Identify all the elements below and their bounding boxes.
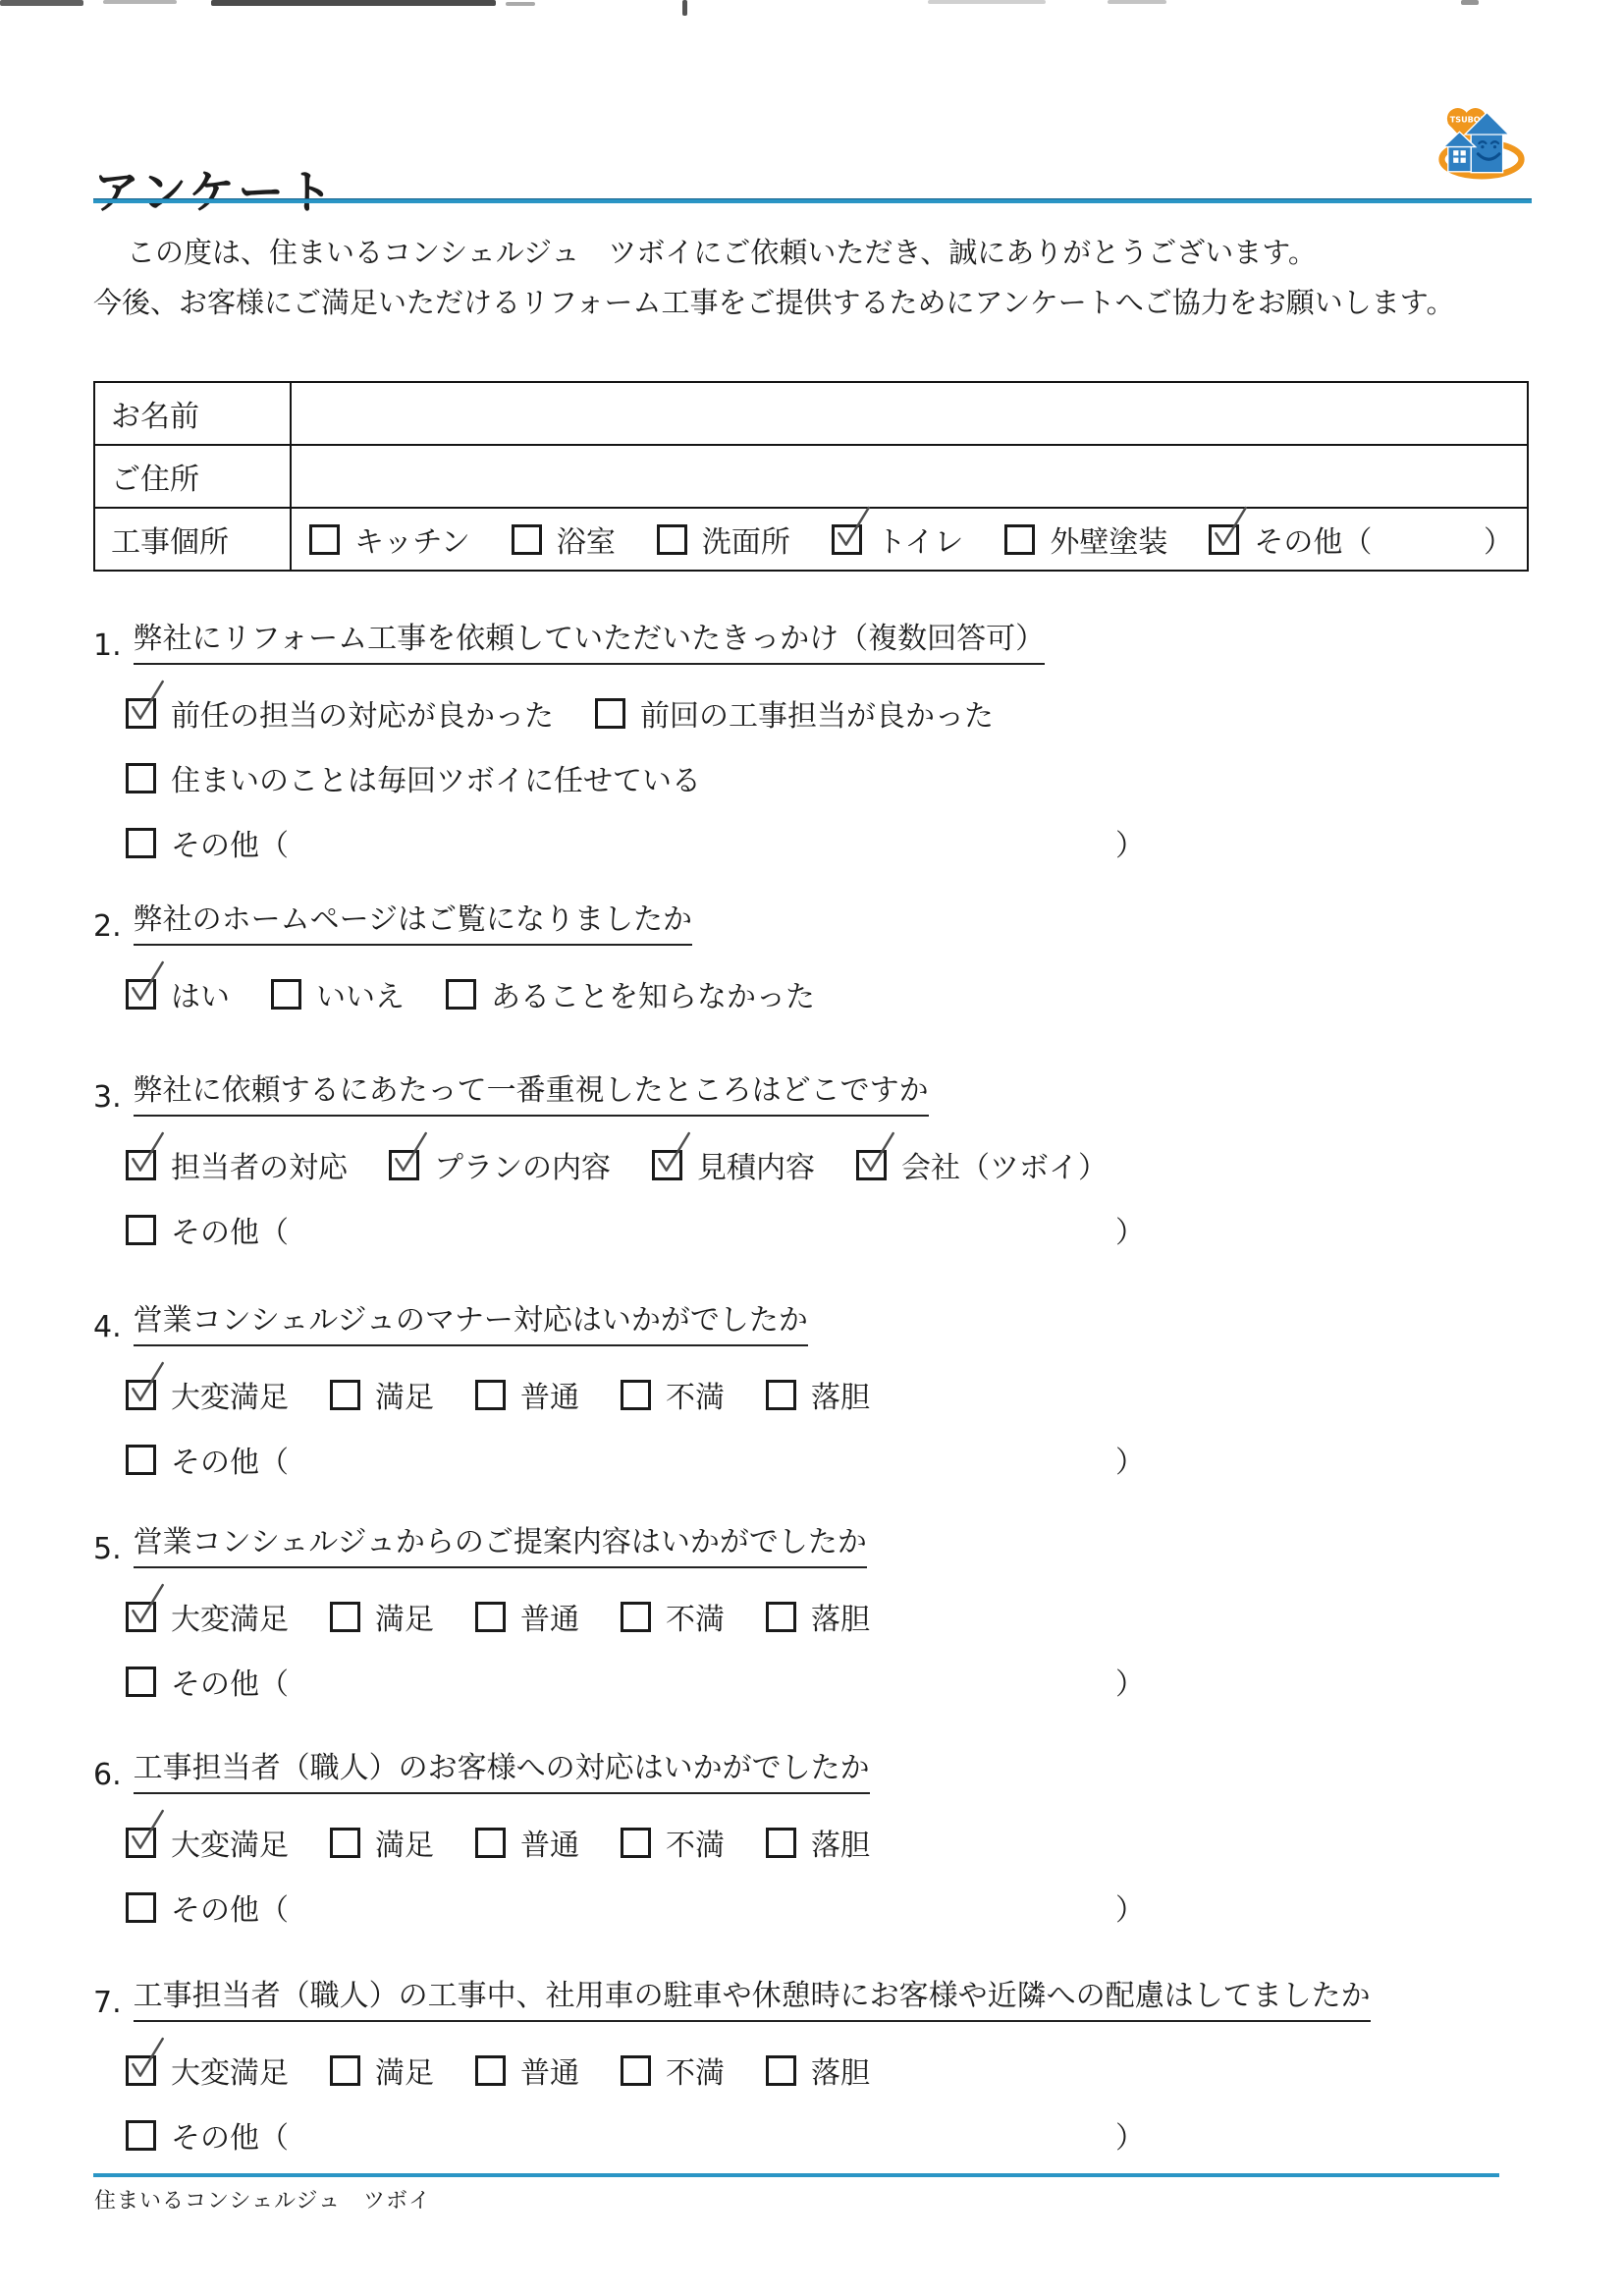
close-paren: ） [1115,1660,1145,1703]
option-label: 不満 [666,1595,725,1638]
option-row: その他（） [93,822,1537,863]
option: 洗面所 [657,518,790,561]
question-6: 6.工事担当者（職人）のお客様への対応はいかがでしたか大変満足満足普通不満落胆そ… [93,1750,1537,1928]
checkbox[interactable] [126,763,156,793]
option: 大変満足 [126,2049,289,2092]
close-paren: ） [1115,821,1145,864]
question-number: 6. [93,1757,122,1794]
option: 不満 [621,1821,725,1864]
checkbox-checked[interactable] [126,698,156,729]
option: 前任の担当の対応が良かった [126,691,554,735]
customer-info-table: お名前ご住所工事個所キッチン浴室洗面所トイレ外壁塗装その他（） [93,381,1529,572]
info-table-label: ご住所 [94,445,291,508]
option-label: 大変満足 [171,1595,289,1638]
option: 落胆 [766,1821,870,1864]
checkbox[interactable] [126,1215,156,1245]
checkbox[interactable] [621,1380,651,1410]
option: 不満 [621,2049,725,2092]
info-table-label: 工事個所 [94,508,291,571]
option-label: その他（ [171,1660,289,1703]
checkbox[interactable] [766,2055,796,2086]
option: 不満 [621,1595,725,1638]
option: いいえ [271,972,405,1015]
info-table-label: お名前 [94,382,291,445]
question-number: 5. [93,1531,122,1568]
option: 落胆 [766,2049,870,2092]
option-label: 普通 [520,1821,579,1864]
question-heading: 2.弊社のホームページはご覧になりましたか [93,902,1537,946]
option-label: 大変満足 [171,1821,289,1864]
checkbox[interactable] [126,1445,156,1475]
option-label: プランの内容 [434,1143,611,1186]
checkbox-checked[interactable] [126,979,156,1010]
option-row: キッチン浴室洗面所トイレ外壁塗装その他（） [309,518,1513,561]
option-row: 前任の担当の対応が良かった前回の工事担当が良かった [93,692,1537,734]
option: 満足 [330,1373,434,1416]
close-paren: ） [1115,1208,1145,1251]
option-label: 不満 [666,1821,725,1864]
question-title: 営業コンシェルジュのマナー対応はいかがでしたか [134,1302,808,1346]
question-heading: 3.弊社に依頼するにあたって一番重視したところはどこですか [93,1072,1537,1117]
title-divider [93,199,1532,203]
checkbox[interactable] [330,1602,360,1632]
checkbox-checked[interactable] [126,1602,156,1632]
question-heading: 6.工事担当者（職人）のお客様への対応はいかがでしたか [93,1750,1537,1794]
option-row: その他（） [93,2114,1537,2156]
checkbox-checked[interactable] [1209,524,1239,555]
option: 見積内容 [652,1143,815,1186]
question-7: 7.工事担当者（職人）の工事中、社用車の駐車や休憩時にお客様や近隣への配慮はして… [93,1978,1537,2156]
page-title: アンケート [93,156,336,222]
option-label: 普通 [520,1595,579,1638]
option-label: その他（ [171,821,289,864]
option-label: 不満 [666,2049,725,2092]
option-label: 大変満足 [171,2049,289,2092]
checkbox[interactable] [126,1667,156,1697]
question-heading: 7.工事担当者（職人）の工事中、社用車の駐車や休憩時にお客様や近隣への配慮はして… [93,1978,1537,2022]
question-number: 3. [93,1079,122,1117]
checkbox[interactable] [126,1892,156,1923]
question-title: 弊社のホームページはご覧になりましたか [134,902,692,946]
option-row: 大変満足満足普通不満落胆 [93,1822,1537,1863]
footer-divider [93,2173,1499,2177]
close-paren: ） [1115,1886,1145,1929]
option: 浴室 [512,518,616,561]
option-row: はいいいえあることを知らなかった [93,973,1537,1014]
option-label: 大変満足 [171,1373,289,1416]
info-table-row: 工事個所キッチン浴室洗面所トイレ外壁塗装その他（） [94,508,1528,571]
checkbox-checked[interactable] [126,1150,156,1180]
option-label: その他（ [171,2113,289,2157]
option: 普通 [475,1373,579,1416]
option-row: その他（） [93,1439,1537,1480]
question-heading: 1.弊社にリフォーム工事を依頼していただいたきっかけ（複数回答可） [93,621,1537,665]
checkbox[interactable] [766,1602,796,1632]
option-label: 満足 [375,1595,434,1638]
option: 大変満足 [126,1373,289,1416]
work-location-cell: キッチン浴室洗面所トイレ外壁塗装その他（） [291,508,1528,571]
option: 住まいのことは毎回ツボイに任せている [126,756,701,799]
checkbox[interactable] [309,524,340,555]
intro-line: この度は、住まいるコンシェルジュ ツボイにご依頼いただき、誠にありがとうございま… [93,228,1546,278]
option-other: その他（ [126,821,289,864]
checkbox[interactable] [657,524,687,555]
option-label: 落胆 [811,1595,870,1638]
question-3: 3.弊社に依頼するにあたって一番重視したところはどこですか担当者の対応プランの内… [93,1072,1537,1250]
option: 満足 [330,1595,434,1638]
option-row: 住まいのことは毎回ツボイに任せている [93,757,1537,798]
option-label: 落胆 [811,1373,870,1416]
checkbox[interactable] [766,1380,796,1410]
blank-input-cell[interactable] [291,382,1528,445]
option: 落胆 [766,1595,870,1638]
option: 前回の工事担当が良かった [595,691,994,735]
option-label: 前回の工事担当が良かった [640,691,994,735]
option: キッチン [309,518,470,561]
question-title: 弊社に依頼するにあたって一番重視したところはどこですか [134,1072,929,1117]
close-paren: ） [1115,2113,1145,2157]
scan-artifact [0,0,83,6]
option-label: はい [171,972,230,1015]
checkbox[interactable] [126,828,156,858]
option: 落胆 [766,1373,870,1416]
scan-artifact [928,0,1046,4]
checkbox-checked[interactable] [126,1380,156,1410]
option-row: その他（） [93,1661,1537,1702]
option: 普通 [475,1821,579,1864]
intro-paragraph: この度は、住まいるコンシェルジュ ツボイにご依頼いただき、誠にありがとうございま… [93,228,1546,328]
checkbox-checked[interactable] [389,1150,419,1180]
blank-input-cell[interactable] [291,445,1528,508]
close-paren: ） [1484,518,1513,561]
intro-line: 今後、お客様にご満足いただけるリフォーム工事をご提供するためにアンケートへご協力… [93,278,1546,328]
info-table-row: お名前 [94,382,1528,445]
question-title: 工事担当者（職人）の工事中、社用車の駐車や休憩時にお客様や近隣への配慮はしてまし… [134,1978,1371,2022]
option: はい [126,972,230,1015]
scan-artifact [103,0,177,4]
checkbox[interactable] [271,979,301,1010]
option: 大変満足 [126,1595,289,1638]
option-label: 会社（ツボイ） [901,1143,1108,1186]
option-label: 不満 [666,1373,725,1416]
option-row: 大変満足満足普通不満落胆 [93,1374,1537,1415]
question-5: 5.営業コンシェルジュからのご提案内容はいかがでしたか大変満足満足普通不満落胆そ… [93,1524,1537,1702]
question-title: 工事担当者（職人）のお客様への対応はいかがでしたか [134,1750,870,1794]
checkbox[interactable] [1004,524,1035,555]
scan-artifact [682,0,687,16]
option: 満足 [330,2049,434,2092]
option-row: 大変満足満足普通不満落胆 [93,2050,1537,2091]
option-row: その他（） [93,1209,1537,1250]
option-label: 担当者の対応 [171,1143,348,1186]
checkbox[interactable] [330,1380,360,1410]
option-label: その他（ [1254,518,1372,561]
option-label: 外壁塗装 [1050,518,1167,561]
checkbox[interactable] [621,1602,651,1632]
option-other: その他（ [126,1208,289,1251]
option-row: 大変満足満足普通不満落胆 [93,1596,1537,1637]
option-label: その他（ [171,1438,289,1481]
option: あることを知らなかった [446,972,815,1015]
option-label: その他（ [171,1208,289,1251]
option-other: その他（ [126,1886,289,1929]
close-paren: ） [1115,1438,1145,1481]
survey-sheet: アンケート TSUBOI この度は、 [0,0,1623,2296]
option-label: 見積内容 [697,1143,815,1186]
option-label: 洗面所 [702,518,790,561]
option-row: 担当者の対応プランの内容見積内容会社（ツボイ） [93,1144,1537,1185]
checkbox-checked[interactable] [126,2055,156,2086]
option-other: その他（ [1209,518,1372,561]
option-other: その他（ [126,1660,289,1703]
option-label: あることを知らなかった [491,972,815,1015]
option: 担当者の対応 [126,1143,348,1186]
checkbox[interactable] [126,2120,156,2151]
checkbox[interactable] [475,2055,506,2086]
checkbox[interactable] [621,1828,651,1858]
option-label: 住まいのことは毎回ツボイに任せている [171,756,701,799]
scan-artifact [211,0,496,6]
option-label: 普通 [520,1373,579,1416]
question-1: 1.弊社にリフォーム工事を依頼していただいたきっかけ（複数回答可）前任の担当の対… [93,621,1537,863]
option: 外壁塗装 [1004,518,1167,561]
option-label: 普通 [520,2049,579,2092]
question-number: 2. [93,908,122,946]
option-label: その他（ [171,1886,289,1929]
checkbox-checked[interactable] [832,524,862,555]
question-title: 弊社にリフォーム工事を依頼していただいたきっかけ（複数回答可） [134,621,1046,665]
option: 大変満足 [126,1821,289,1864]
option-label: いいえ [316,972,405,1015]
checkbox[interactable] [330,2055,360,2086]
checkbox[interactable] [446,979,476,1010]
checkbox[interactable] [330,1828,360,1858]
option: 会社（ツボイ） [856,1143,1108,1186]
option-other: その他（ [126,1438,289,1481]
option: 不満 [621,1373,725,1416]
checkbox[interactable] [621,2055,651,2086]
question-heading: 4.営業コンシェルジュのマナー対応はいかがでしたか [93,1302,1537,1346]
checkbox-checked[interactable] [126,1828,156,1858]
option-label: 浴室 [557,518,616,561]
checkbox-checked[interactable] [856,1150,887,1180]
checkbox[interactable] [512,524,542,555]
info-table-row: ご住所 [94,445,1528,508]
checkbox-checked[interactable] [652,1150,682,1180]
option: プランの内容 [389,1143,611,1186]
scan-artifact [1461,0,1479,5]
option: トイレ [832,518,964,561]
question-4: 4.営業コンシェルジュのマナー対応はいかがでしたか大変満足満足普通不満落胆その他… [93,1302,1537,1480]
option-label: キッチン [354,518,470,561]
option: 普通 [475,1595,579,1638]
option-label: トイレ [877,518,964,561]
option-label: 満足 [375,1373,434,1416]
question-2: 2.弊社のホームページはご覧になりましたかはいいいえあることを知らなかった [93,902,1537,1014]
checkbox[interactable] [475,1602,506,1632]
question-number: 7. [93,1985,122,2022]
question-heading: 5.営業コンシェルジュからのご提案内容はいかがでしたか [93,1524,1537,1568]
option-other: その他（ [126,2113,289,2157]
question-number: 1. [93,628,122,665]
checkbox[interactable] [595,698,625,729]
scan-artifact [506,2,535,6]
option-label: 満足 [375,1821,434,1864]
company-logo: TSUBOI [1437,96,1526,191]
option-label: 落胆 [811,2049,870,2092]
question-title: 営業コンシェルジュからのご提案内容はいかがでしたか [134,1524,867,1568]
checkbox[interactable] [475,1380,506,1410]
option-label: 満足 [375,2049,434,2092]
option: 満足 [330,1821,434,1864]
checkbox[interactable] [766,1828,796,1858]
footer-company-name: 住まいるコンシェルジュ ツボイ [94,2184,431,2214]
option: 普通 [475,2049,579,2092]
option-row: その他（） [93,1886,1537,1928]
scan-artifact [1108,0,1166,4]
option-label: 前任の担当の対応が良かった [171,691,554,735]
question-number: 4. [93,1309,122,1346]
checkbox[interactable] [475,1828,506,1858]
option-label: 落胆 [811,1821,870,1864]
